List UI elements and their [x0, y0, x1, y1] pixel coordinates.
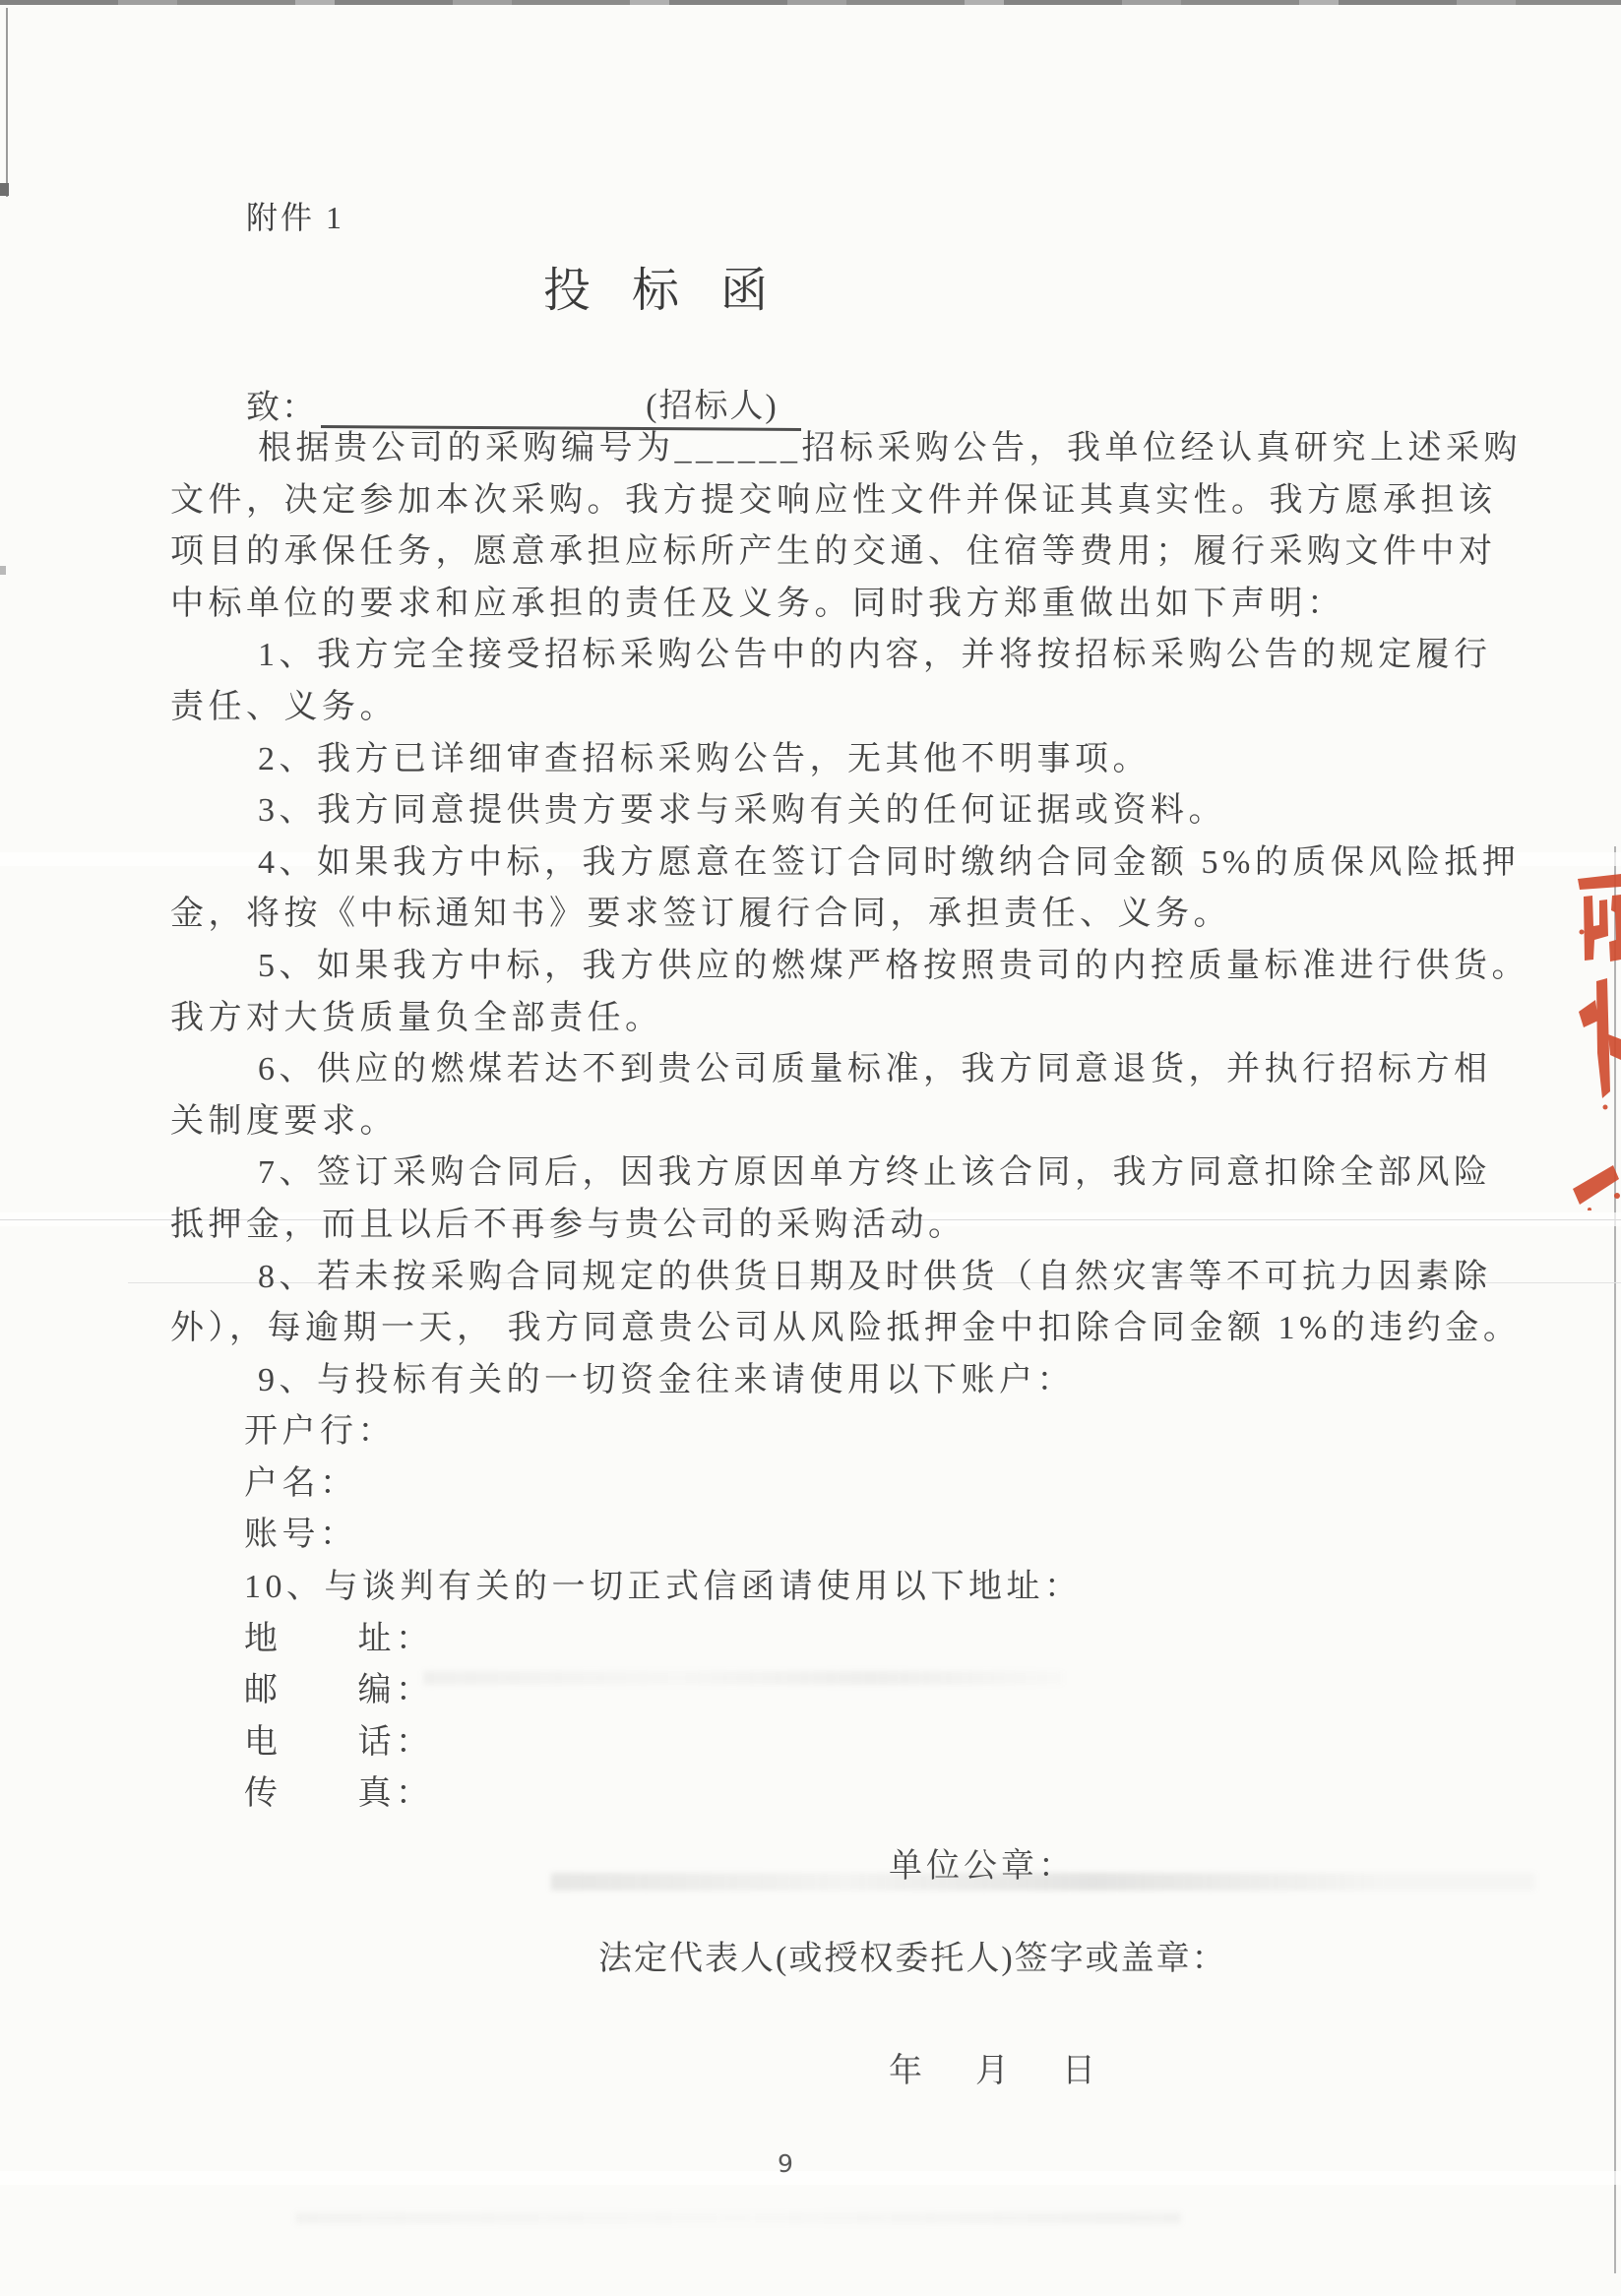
text-line: 8、若未按采购合同规定的供货日期及时供货（自然灾害等不可抗力因素除 — [0, 1252, 1621, 1304]
document-title: 投标函 — [543, 252, 809, 320]
text-line: 9、与投标有关的一切资金往来请使用以下账户： — [0, 1355, 1621, 1407]
page-number: 9 — [778, 2149, 793, 2178]
text-line: 10、与谈判有关的一切正式信函请使用以下地址： — [0, 1562, 1621, 1614]
text-line: 5、如果我方中标，我方供应的燃煤严格按照贵司的内控质量标准进行供货。 — [0, 941, 1621, 993]
red-seal-fragment-icon — [1570, 871, 1621, 1210]
text-line: 7、签订采购合同后，因我方原因单方终止该合同，我方同意扣除全部风险 — [0, 1148, 1621, 1200]
text-line: 我方对大货质量负全部责任。 — [0, 993, 1621, 1045]
text-line: 2、我方已详细审查招标采购公告，无其他不明事项。 — [0, 734, 1621, 786]
salutation-line: 致：(招标人) — [246, 380, 801, 428]
text-line: 账号： — [0, 1510, 1621, 1562]
scan-edge-artifact-top — [0, 0, 1621, 5]
ink-bleed-smudge — [295, 2212, 1181, 2224]
company-seal-label: 单位公章： — [889, 1838, 1076, 1887]
text-line: 开户行： — [0, 1406, 1621, 1458]
text-line: 责任、义务。 — [0, 682, 1621, 734]
date-label: 年 月 日 — [889, 2043, 1105, 2091]
text-line: 4、如果我方中标，我方愿意在签订合同时缴纳合同金额 5%的质保风险抵押 — [0, 838, 1621, 890]
text-line: 根据贵公司的采购编号为______招标采购公告，我单位经认真研究上述采购 — [0, 423, 1621, 475]
addressee-placeholder: (招标人) — [321, 386, 779, 425]
salutation-prefix: 致： — [246, 390, 317, 426]
text-line: 传 真： — [0, 1769, 1621, 1821]
scan-light-band — [0, 2171, 1621, 2185]
text-line: 关制度要求。 — [0, 1096, 1621, 1148]
attachment-label: 附件 1 — [246, 193, 344, 238]
text-line: 项目的承保任务，愿意承担应标所产生的交通、住宿等费用；履行采购文件中对 — [0, 527, 1621, 579]
text-line: 抵押金，而且以后不再参与贵公司的采购活动。 — [0, 1200, 1621, 1252]
text-line: 6、供应的燃煤若达不到贵公司质量标准，我方同意退货，并执行招标方相 — [0, 1044, 1621, 1096]
text-line: 中标单位的要求和应承担的责任及义务。同时我方郑重做出如下声明： — [0, 579, 1621, 631]
text-line: 外），每逾期一天， 我方同意贵公司从风险抵押金中扣除合同金额 1%的违约金。 — [0, 1303, 1621, 1355]
text-line: 电 话： — [0, 1717, 1621, 1769]
document-body: 根据贵公司的采购编号为______招标采购公告，我单位经认真研究上述采购文件，决… — [0, 423, 1621, 1821]
legal-representative-label: 法定代表人(或授权委托人)签字或盖章： — [598, 1931, 1227, 1979]
text-line: 1、我方完全接受招标采购公告中的内容，并将按招标采购公告的规定履行 — [0, 630, 1621, 682]
text-line: 地 址： — [0, 1614, 1621, 1666]
text-line: 户名： — [0, 1458, 1621, 1511]
text-line: 邮 编： — [0, 1665, 1621, 1717]
scan-edge-artifact-left — [6, 8, 8, 197]
text-line: 3、我方同意提供贵方要求与采购有关的任何证据或资料。 — [0, 785, 1621, 838]
text-line: 文件，决定参加本次采购。我方提交响应性文件并保证其真实性。我方愿承担该 — [0, 475, 1621, 527]
text-line: 金，将按《中标通知书》要求签订履行合同，承担责任、义务。 — [0, 889, 1621, 941]
scan-speck — [0, 183, 9, 196]
scanned-document-page: 附件 1 投标函 致：(招标人) 根据贵公司的采购编号为______招标采购公告… — [0, 0, 1621, 2296]
